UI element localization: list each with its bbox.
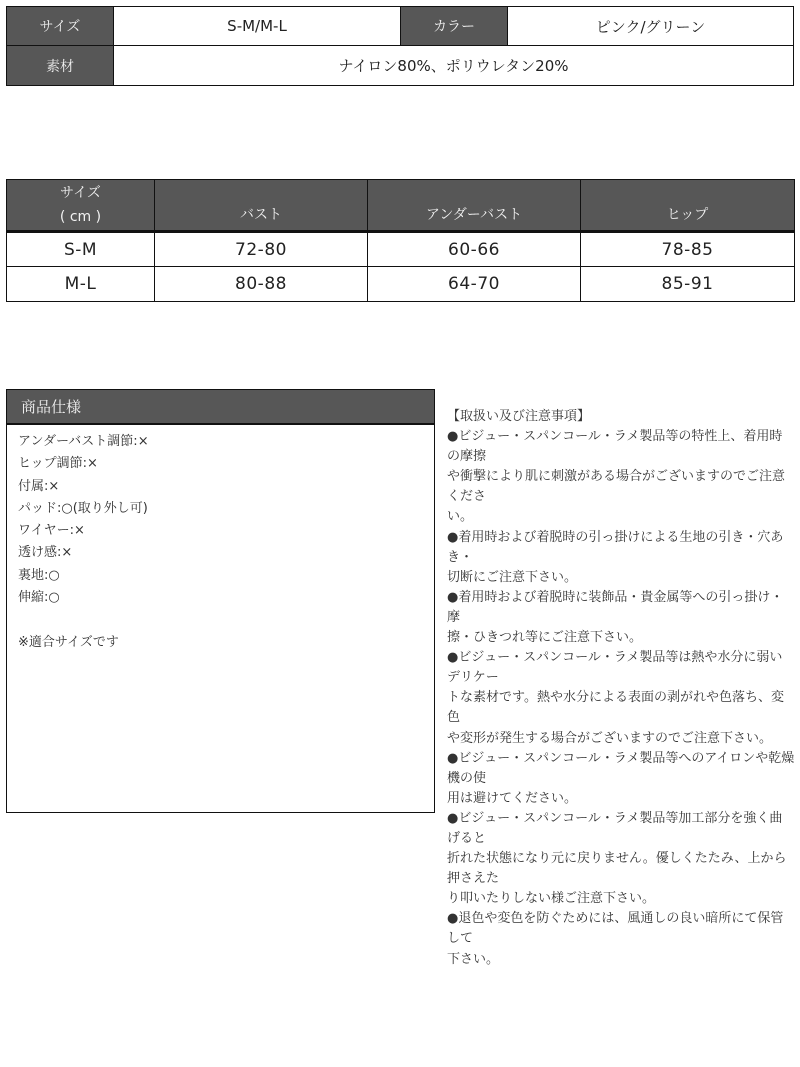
size-column-header: サイズ ( cm )	[7, 180, 155, 232]
spec-line: 伸縮:○	[18, 587, 434, 609]
spec-line: ワイヤー:×	[18, 520, 434, 542]
row-size: S-M	[7, 232, 155, 267]
care-notes: 【取扱い及び注意事項】 ●ビジュー・スパンコール・ラメ製品等の特性上、着用時の摩…	[447, 407, 795, 970]
care-line: ●ビジュー・スパンコール・ラメ製品等は熱や水分に弱いデリケー	[447, 648, 795, 688]
hip-value: 78-85	[581, 232, 795, 267]
size-chart-table: サイズ ( cm ) バスト アンダーバスト ヒップ S-M 72-80 60-…	[6, 179, 795, 302]
spec-table: サイズ S-M/M-L カラー ピンク/グリーン 素材 ナイロン80%、ポリウレ…	[6, 6, 794, 86]
fit-note: ※適合サイズです	[18, 632, 434, 654]
spec-line: 裏地:○	[18, 565, 434, 587]
care-line: ●着用時および着脱時に装飾品・貴金属等への引っ掛け・摩	[447, 588, 795, 628]
color-label: カラー	[401, 7, 508, 46]
hip-column-header: ヒップ	[581, 180, 795, 232]
spec-line: ヒップ調節:×	[18, 453, 434, 475]
material-value: ナイロン80%、ポリウレタン20%	[114, 46, 793, 85]
care-line: 用は避けてください。	[447, 789, 795, 809]
care-line: 折れた状態になり元に戻りません。優しくたたみ、上から押さえた	[447, 849, 795, 889]
underbust-value: 60-66	[368, 232, 581, 267]
table-row: M-L 80-88 64-70 85-91	[7, 267, 795, 302]
spec-line	[18, 609, 434, 631]
care-line: ●ビジュー・スパンコール・ラメ製品等の特性上、着用時の摩擦	[447, 427, 795, 467]
size-value: S-M/M-L	[114, 7, 401, 46]
care-line: 切断にご注意下さい。	[447, 568, 795, 588]
care-line: ●ビジュー・スパンコール・ラメ製品等加工部分を強く曲げると	[447, 809, 795, 849]
care-line: トな素材です。熱や水分による表面の剥がれや色落ち、変色	[447, 688, 795, 728]
product-spec-box: 商品仕様 アンダーバスト調節:× ヒップ調節:× 付属:× パッド:○(取り外し…	[6, 389, 435, 813]
underbust-column-header: アンダーバスト	[368, 180, 581, 232]
care-line: ●ビジュー・スパンコール・ラメ製品等へのアイロンや乾燥機の使	[447, 749, 795, 789]
row-size: M-L	[7, 267, 155, 302]
care-notes-title: 【取扱い及び注意事項】	[447, 407, 795, 427]
size-header-label: サイズ	[7, 181, 154, 205]
size-label: サイズ	[7, 7, 114, 46]
bust-column-header: バスト	[155, 180, 368, 232]
material-label: 素材	[7, 46, 114, 85]
care-line: ●着用時および着脱時の引っ掛けによる生地の引き・穴あき・	[447, 528, 795, 568]
table-row: S-M 72-80 60-66 78-85	[7, 232, 795, 267]
unit-label: ( cm )	[7, 205, 154, 229]
bust-value: 72-80	[155, 232, 368, 267]
care-line: り叩いたりしない様ご注意下さい。	[447, 889, 795, 909]
care-line: ●退色や変色を防ぐためには、風通しの良い暗所にて保管して	[447, 909, 795, 949]
care-line: 下さい。	[447, 950, 795, 970]
spec-line: 透け感:×	[18, 542, 434, 564]
care-line: や衝撃により肌に刺激がある場合がございますのでご注意くださ	[447, 467, 795, 507]
care-line: 擦・ひきつれ等にご注意下さい。	[447, 628, 795, 648]
product-spec-title: 商品仕様	[7, 390, 434, 425]
size-chart-header-row: サイズ ( cm ) バスト アンダーバスト ヒップ	[7, 180, 795, 232]
care-line: や変形が発生する場合がございますのでご注意下さい。	[447, 729, 795, 749]
product-spec-body: アンダーバスト調節:× ヒップ調節:× 付属:× パッド:○(取り外し可) ワイ…	[7, 425, 434, 654]
spec-line: アンダーバスト調節:×	[18, 431, 434, 453]
spec-line: パッド:○(取り外し可)	[18, 498, 434, 520]
underbust-value: 64-70	[368, 267, 581, 302]
spec-line: 付属:×	[18, 476, 434, 498]
hip-value: 85-91	[581, 267, 795, 302]
care-line: い。	[447, 507, 795, 527]
color-value: ピンク/グリーン	[508, 7, 793, 46]
bust-value: 80-88	[155, 267, 368, 302]
